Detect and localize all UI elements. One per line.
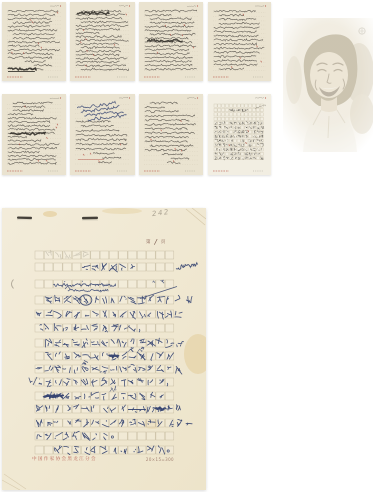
page-header-slash: / — [155, 238, 157, 246]
publisher-imprint: 中国作家协会黑龙江分会 — [32, 456, 97, 462]
manuscript-page-thumbnail-8 — [208, 94, 271, 175]
manuscript-page-thumbnail-image-8 — [208, 94, 271, 175]
manuscript-page-thumbnail-image-4 — [208, 2, 271, 81]
page-number-header: 第 / 页 — [146, 238, 165, 246]
auction-lot-composite: 第 / 页 242 中国作家协会黑龙江分会 20×15=300 — [0, 0, 382, 492]
manuscript-page-thumbnail-3 — [139, 2, 203, 81]
manuscript-page-thumbnail-2 — [70, 2, 135, 81]
manuscript-main-page-image — [2, 208, 206, 490]
portrait-photo — [283, 18, 373, 152]
manuscript-page-thumbnail-4 — [208, 2, 271, 81]
manuscript-page-thumbnail-image-3 — [139, 2, 203, 81]
manuscript-main-page: 第 / 页 242 中国作家协会黑龙江分会 20×15=300 — [2, 208, 206, 490]
manuscript-page-thumbnail-image-5 — [2, 94, 66, 175]
page-header-right: 页 — [161, 239, 166, 245]
manuscript-page-thumbnail-1 — [2, 2, 66, 81]
page-header-left: 第 — [146, 239, 151, 245]
manuscript-page-thumbnail-7 — [139, 94, 203, 175]
photo-corner-stamp — [359, 28, 365, 34]
manuscript-footer: 中国作家协会黑龙江分会 20×15=300 — [32, 456, 174, 462]
portrait-photo-image — [283, 18, 373, 152]
manuscript-page-thumbnail-image-1 — [2, 2, 66, 81]
manuscript-page-thumbnail-image-6 — [70, 94, 135, 175]
manuscript-page-thumbnail-5 — [2, 94, 66, 175]
manuscript-page-thumbnail-6 — [70, 94, 135, 175]
grid-count-label: 20×15=300 — [146, 457, 174, 462]
manuscript-page-thumbnail-image-2 — [70, 2, 135, 81]
manuscript-page-thumbnail-image-7 — [139, 94, 203, 175]
